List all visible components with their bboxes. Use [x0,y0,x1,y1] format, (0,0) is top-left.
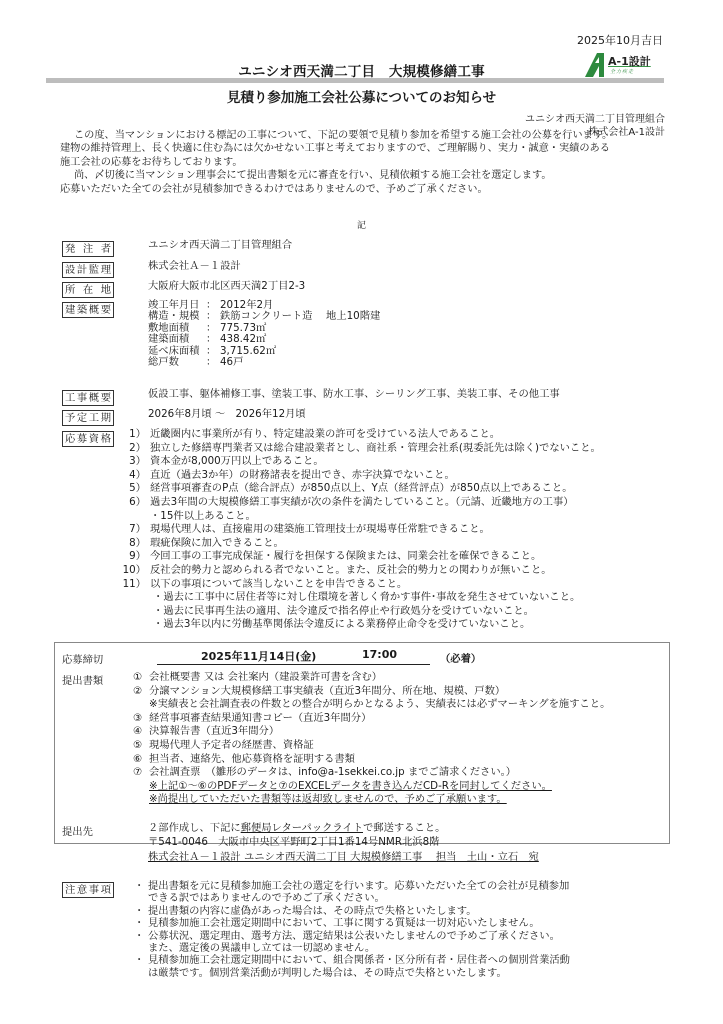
qualification-item: ・15件以上あること。 [118,510,601,524]
mail-method: 郵便局レターパックライト [241,822,363,834]
intro-line: 応募いただいた全ての会社が見積参加できるわけではありませんので、予めご了承くださ… [60,183,680,196]
caution-item: ・見積参加施工会社選定期間中において、工事に関する質疑は一切対応いたしません。 [134,917,570,929]
label-period: 予定工期 [62,410,114,426]
intro-line: 尚、〆切後に当マンション理事会にて提出書類を元に審査を行い、見積依頼する施工会社… [74,169,680,182]
no-return-note: ※尚提出していただいた書類等は返却致しませんので、予めご了承願います。 [133,793,610,807]
deadline-line: 2025年11月14日(金) 17:00 [157,648,430,665]
work-value: 仮設工事、躯体補修工事、塗装工事、防水工事、シーリング工事、美装工事、その他工事 [148,388,560,401]
qualification-item: 9）今回工事の工事完成保証・履行を担保する保険または、同業会社を確保できること。 [118,550,601,564]
a1-logo-mark-icon [584,52,608,78]
deadline-note: （必着） [440,650,481,665]
document-item: ④決算報告書（直近3年間分） [133,725,610,739]
qualification-item: 7）現場代理人は、直接雇用の建築施工管理技士が現場専任常駐できること。 [118,523,601,537]
qualification-item: 2）独立した修繕専門業者又は総合建設業者とし、商社系・管理会社系(現委託先は除く… [118,442,601,456]
qualification-item: 3）資本金が8,000万円以上であること。 [118,455,601,469]
document-item: ①会社概要書 又は 会社案内（建設業許可書を含む） [133,671,610,685]
orderer-value: ユニシオ西天満二丁目管理組合 [148,239,292,252]
destination-address: 〒541-0046 大阪市中央区平野町2丁目1番14号NMR北浜8階 [148,835,539,849]
document-item: ②分譲マンション大規模修繕工事実績表（直近3年間分、所在地、規模、戸数） [133,685,610,699]
building-row: 延べ床面積：3,715.62㎡ [148,346,380,357]
logo-tagline: 全力疾走 [610,68,634,75]
label-qualifications: 応募資格 [62,431,114,447]
location-value: 大阪府大阪市北区西天満2丁目2-3 [148,280,305,293]
label-documents: 提出書類 [62,672,103,687]
building-overview: 竣工年月日：2012年2月 構造・規模：鉄筋コンクリート造 地上10階建 敷地面… [148,300,380,368]
period-value: 2026年8月頃 ～ 2026年12月頃 [148,408,306,421]
label-destination: 提出先 [62,823,93,838]
document-note: ※実績表と会社調査表の件数との整合が明らかとなるよう、実績表には必ずマーキングを… [133,698,610,712]
intro-line: この度、当マンションにおける標記の工事について、下記の要領で見積り参加を希望する… [74,129,680,142]
label-orderer: 発注者 [62,241,114,257]
company-logo: A-1設計 全力疾走 [584,52,664,78]
caution-item: ・見積参加施工会社選定期間中において、組合関係者・区分所有者・居住者への個別営業… [134,954,570,966]
label-deadline: 応募締切 [62,651,103,666]
cd-r-note: ※上記①～⑥のPDFデータと⑦のEXCELデータを書き込んだCD-Rを同封してく… [133,780,610,794]
qualification-subitem: ・過去に工事中に居住者等に対し住環境を著しく脅かす事件･事故を発生させていないこ… [118,591,601,605]
intro-line: 建物の維持管理上、長く快適に住む為には欠かせない工事と考えておりますので、ご理解… [60,142,680,155]
qualification-list: 1）近畿圏内に事業所が有り、特定建設業の許可を受けている法人であること。 2）独… [118,428,601,632]
qualification-subitem: ・過去3年以内に労働基準関係法令違反による業務停止命令を受けていないこと。 [118,618,601,632]
logo-name: A-1設計 [608,53,651,69]
supervisor-value: 株式会社Ａ－１設計 [148,260,241,273]
qualification-item: 1）近畿圏内に事業所が有り、特定建設業の許可を受けている法人であること。 [118,428,601,442]
document-list: ①会社概要書 又は 会社案内（建設業許可書を含む） ②分譲マンション大規模修繕工… [133,671,610,807]
destination-addressee: 株式会社Ａ－１設計 ユニシオ西天満二丁目 大規模修繕工事 担当 土山・立石 宛 [148,850,539,864]
qualification-item: 6）過去3年間の大規模修繕工事実績が次の条件を満たしていること。（元請、近畿地方… [118,496,601,510]
caution-item: ・公募状況、選定理由、選考方法、選定結果は公表いたしませんので予めご了承ください… [134,930,570,942]
destination-info: ２部作成し、下記に郵便局レターパックライトで郵送すること。 〒541-0046 … [148,821,539,864]
qualification-item: 4）直近（過去3か年）の財務諸表を提出でき、赤字決算でないこと。 [118,469,601,483]
building-row: 総戸数：46戸 [148,357,380,368]
destination-line: ２部作成し、下記に郵便局レターパックライトで郵送すること。 [148,821,539,835]
document-item: ⑥担当者、連絡先、他応募資格を証明する書類 [133,753,610,767]
intro-line: 施工会社の応募をお待ちしております。 [60,156,680,169]
ki-marker: 記 [0,218,723,231]
caution-list: ・提出書類を元に見積参加施工会社の選定を行います。応募いただいた全ての会社が見積… [134,880,570,979]
qualification-item: 8）瑕疵保険に加入できること。 [118,537,601,551]
deadline-date: 2025年11月14日(金) [201,648,316,664]
label-supervisor: 設計監理 [62,262,114,278]
qualification-item: 5）経営事項審査のP点（総合評点）が850点以上、Y点（経営評点）が850点以上… [118,482,601,496]
label-cautions: 注意事項 [62,882,114,898]
issue-date: 2025年10月吉日 [577,32,663,48]
label-work: 工事概要 [62,390,114,406]
qualification-item: 10）反社会的勢力と認められる者でないこと。また、反社会的勢力との関わりが無いこ… [118,564,601,578]
qualification-item: 11）以下の事項について該当しないことを申告できること。 [118,578,601,592]
title-divider [46,78,664,83]
label-building: 建築概要 [62,302,114,318]
document-item: ⑤現場代理人予定者の経歴書、資格証 [133,739,610,753]
caution-item: ・提出書類を元に見積参加施工会社の選定を行います。応募いただいた全ての会社が見積… [134,880,570,892]
document-item: ⑦会社調査票 （雛形のデータは、info@a-1sekkei.co.jp までご… [133,766,610,780]
document-item: ③経営事項審査結果通知書コピー（直近3年間分） [133,712,610,726]
label-location: 所在地 [62,282,114,298]
notice-title: 見積り参加施工会社公募についてのお知らせ [0,86,723,106]
caution-item: ・提出書類の内容に虚偽があった場合は、その時点で失格といたします。 [134,905,570,917]
intro-text: この度、当マンションにおける標記の工事について、下記の要領で見積り参加を希望する… [60,129,680,196]
deadline-time: 17:00 [362,648,397,661]
qualification-subitem: ・過去に民事再生法の適用、法令違反で指名停止や行政処分を受けていないこと。 [118,605,601,619]
